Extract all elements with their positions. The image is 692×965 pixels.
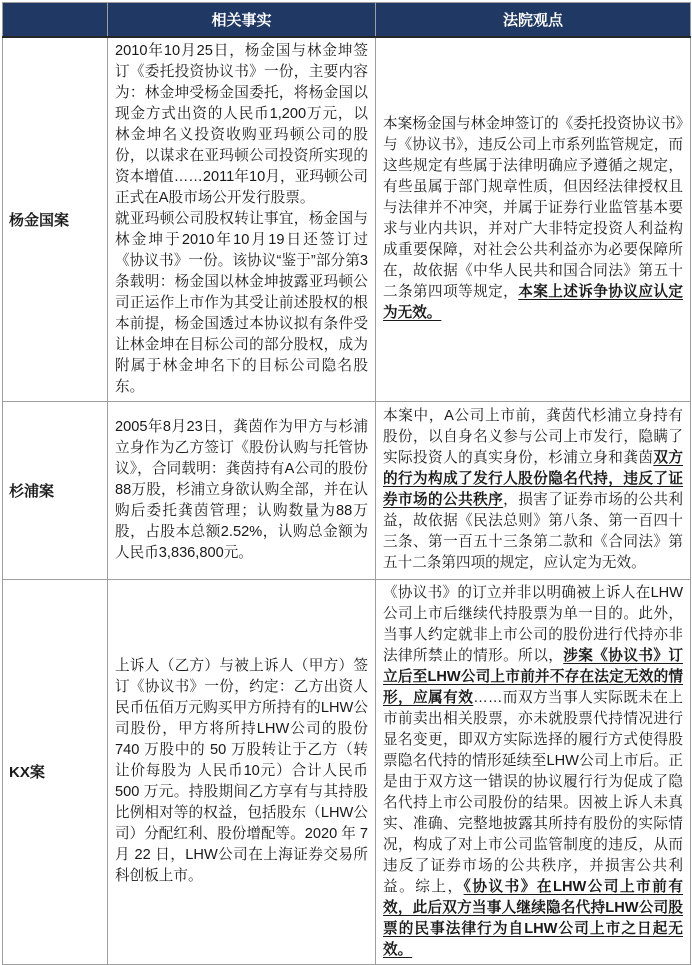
paragraph: 本案杨金国与林金坤签订的《委托投资协议书》与《协议书》，违反公司上市系列监管规定… [383,114,683,324]
page: 相关事实 法院观点 杨金国案 2010年10月25日，杨金国与林金坤签订《委托投… [0,0,692,863]
facts-cell: 上诉人（乙方）与被上诉人（甲方）签订《协议书》一份，约定：乙方出资人民币伍佰万元… [108,579,376,964]
body-text: 本案中，A公司上市前，龚茵代杉浦立身持有股份，以自身名义参与公司上市发行，隐瞒了… [383,408,683,466]
body-text: 本案杨金国与林金坤签订的《委托投资协议书》与《协议书》，违反公司上市系列监管规定… [383,116,683,300]
table-row-shanpu: 杉浦案 2005年8月23日，龚茵作为甲方与杉浦立身作为乙方签订《股份认购与托管… [3,401,691,579]
paragraph: 就亚玛顿公司股权转让事宜，杨金国与林金坤于2010年10月19日还签订过《协议书… [115,209,368,398]
court-opinion-cell: 本案杨金国与林金坤签订的《委托投资协议书》与《协议书》，违反公司上市系列监管规定… [376,37,691,402]
body-text: 上诉人（乙方）与被上诉人（甲方）签订《协议书》一份，约定：乙方出资人民币伍佰万元… [115,658,368,884]
facts-cell: 2005年8月23日，龚茵作为甲方与杉浦立身作为乙方签订《股份认购与托管协议》，… [108,401,376,579]
facts-cell: 2010年10月25日，杨金国与林金坤签订《委托投资协议书》一份，主要内容为：林… [108,37,376,402]
header-facts-column: 相关事实 [108,3,376,37]
body-text: 就亚玛顿公司股权转让事宜，杨金国与林金坤于2010年10月19日还签订过《协议书… [115,211,368,395]
body-text: 2010年10月25日，杨金国与林金坤签订《委托投资协议书》一份，主要内容为：林… [115,43,368,206]
paragraph: 2010年10月25日，杨金国与林金坤签订《委托投资协议书》一份，主要内容为：林… [115,41,368,209]
court-opinion-cell: 本案中，A公司上市前，龚茵代杉浦立身持有股份，以自身名义参与公司上市发行，隐瞒了… [376,401,691,579]
body-text: 2005年8月23日，龚茵作为甲方与杉浦立身作为乙方签订《股份认购与托管协议》，… [115,419,368,561]
header-court-column: 法院观点 [376,3,691,37]
paragraph: 本案中，A公司上市前，龚茵代杉浦立身持有股份，以自身名义参与公司上市发行，隐瞒了… [383,406,683,574]
case-name-cell: 杉浦案 [3,401,108,579]
table-header: 相关事实 法院观点 [3,3,691,37]
case-name-cell: KX案 [3,579,108,964]
body-text: ……而双方当事人实际既未在上市前卖出相关股票，亦未就股票代持情况进行显名变更，即… [383,690,683,895]
table-row-kx: KX案 上诉人（乙方）与被上诉人（甲方）签订《协议书》一份，约定：乙方出资人民币… [3,579,691,964]
table-row-yangjinguo: 杨金国案 2010年10月25日，杨金国与林金坤签订《委托投资协议书》一份，主要… [3,37,691,402]
paragraph: 上诉人（乙方）与被上诉人（甲方）签订《协议书》一份，约定：乙方出资人民币伍佰万元… [115,656,368,887]
paragraph: 2005年8月23日，龚茵作为甲方与杉浦立身作为乙方签订《股份认购与托管协议》，… [115,417,368,564]
case-name-cell: 杨金国案 [3,37,108,402]
header-row: 相关事实 法院观点 [3,3,691,37]
header-case-column [3,3,108,37]
case-comparison-table: 相关事实 法院观点 杨金国案 2010年10月25日，杨金国与林金坤签订《委托投… [2,2,691,965]
court-opinion-cell: 《协议书》的订立并非以明确被上诉人在LHW公司上市后继续代持股票为单一目的。此外… [376,579,691,964]
paragraph: 《协议书》的订立并非以明确被上诉人在LHW公司上市后继续代持股票为单一目的。此外… [383,583,683,961]
